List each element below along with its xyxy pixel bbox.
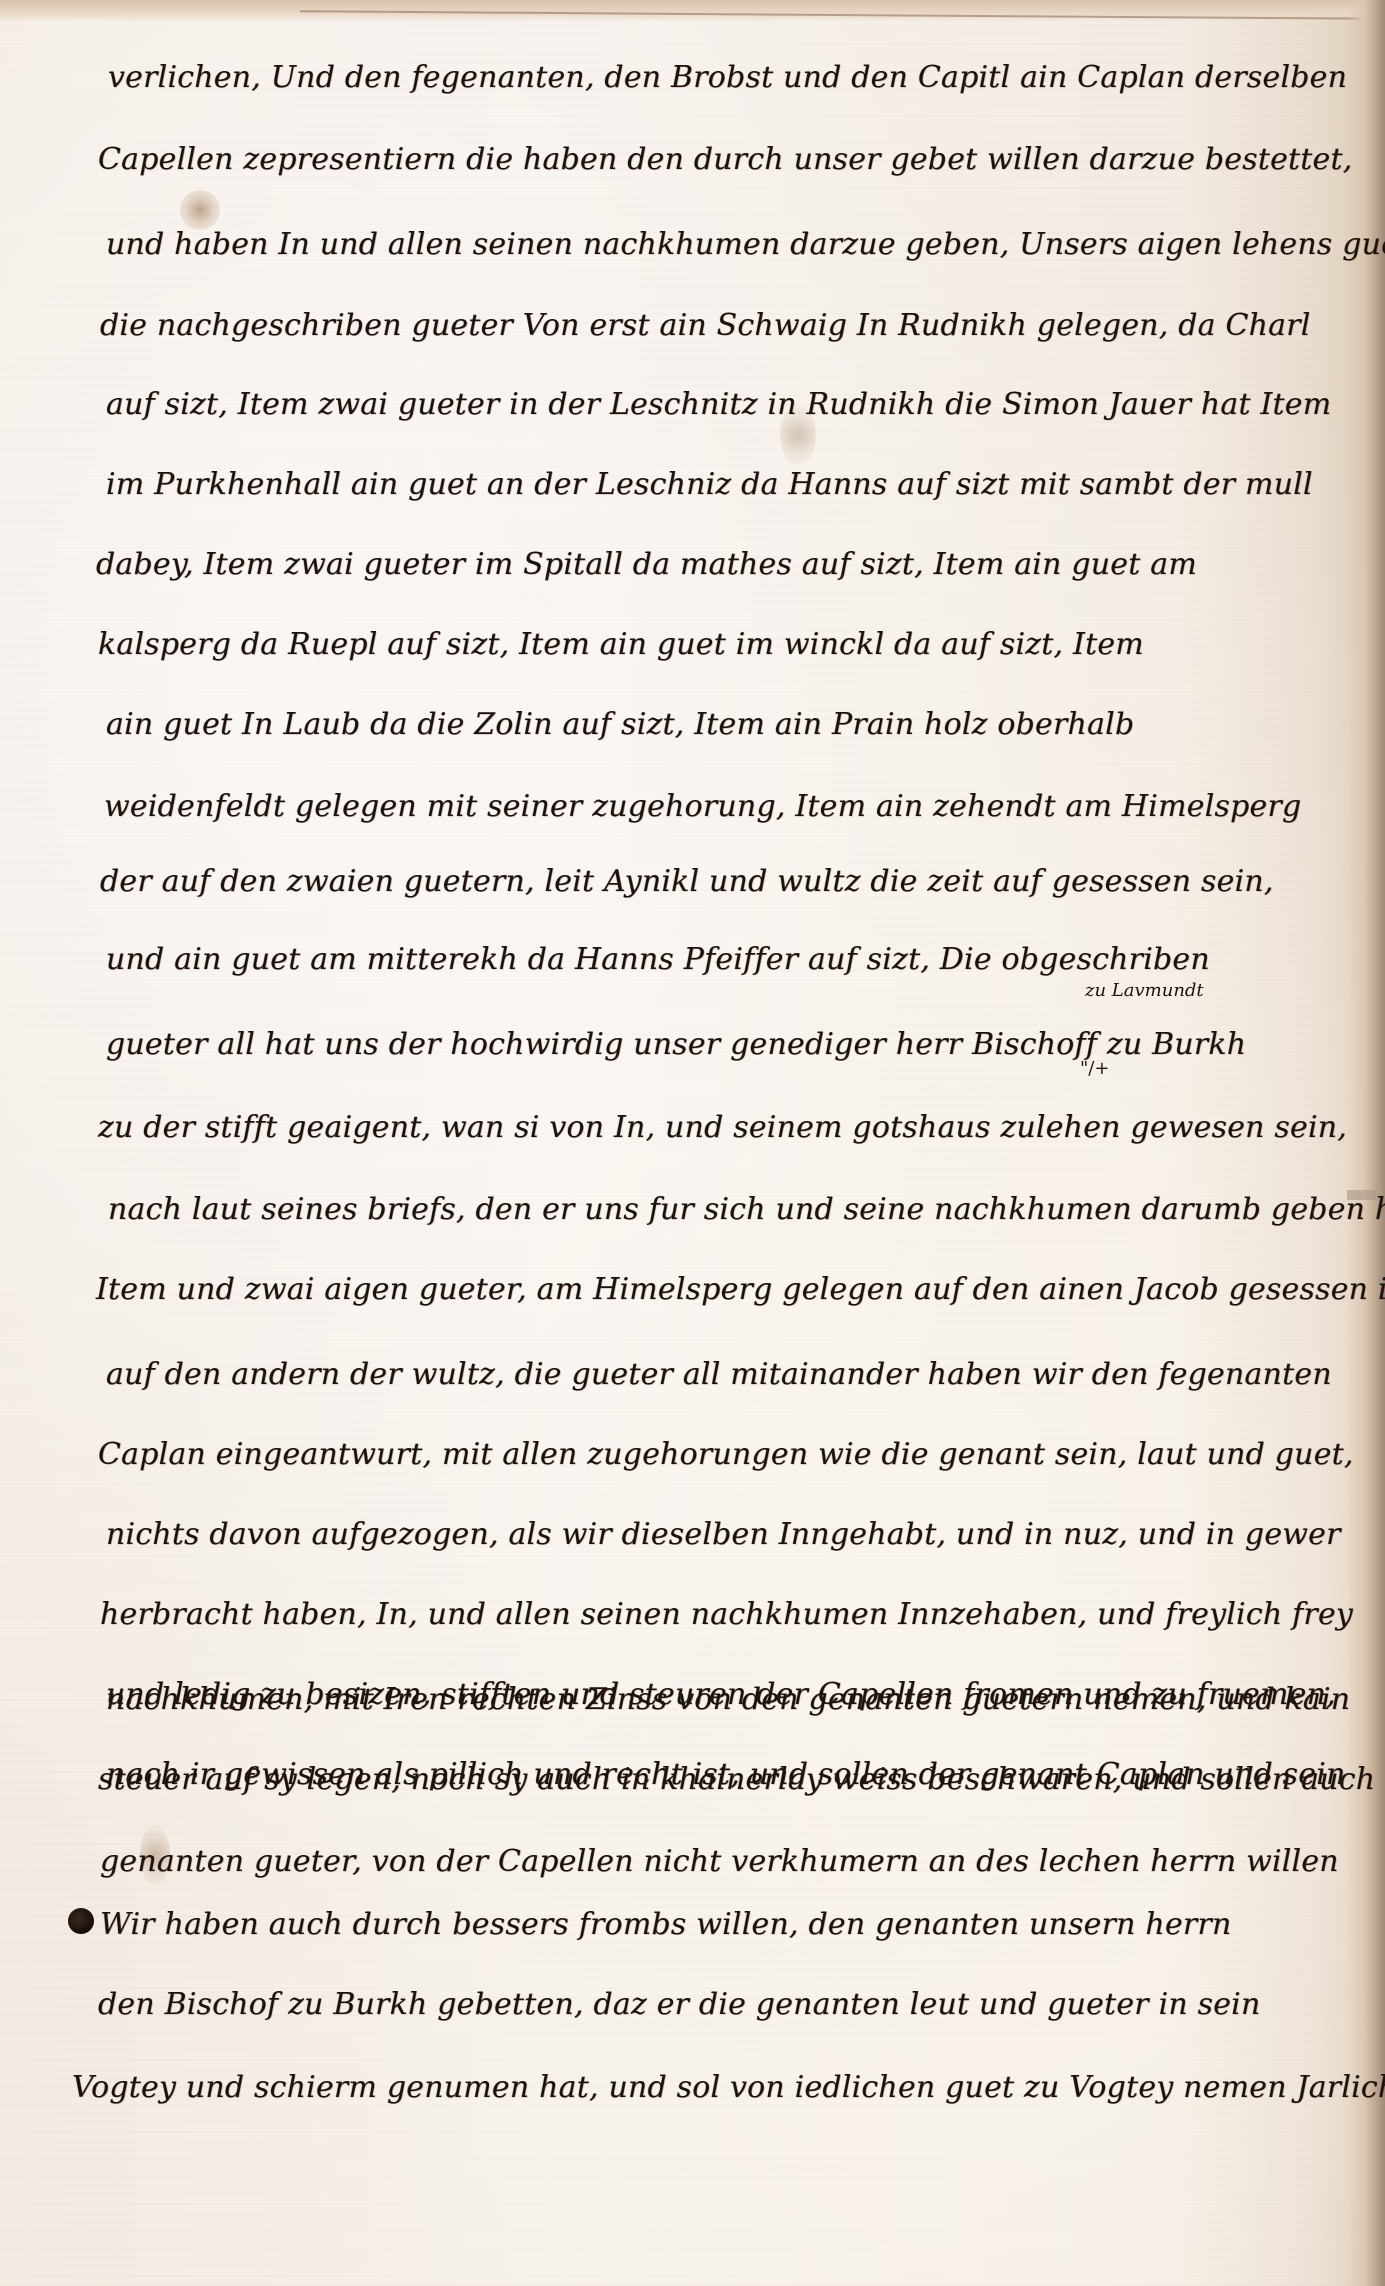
- manuscript-line: den Bischof zu Burkh gebetten, daz er di…: [98, 1985, 1261, 2025]
- manuscript-line: steuer auf sy legen, noch sy auch in kha…: [98, 1760, 1385, 1800]
- manuscript-line: genanten gueter, von der Capellen nicht …: [100, 1842, 1339, 1882]
- manuscript-line: Wir haben auch durch bessers frombs will…: [100, 1905, 1232, 1945]
- manuscript-text-tail: nachkhumen, mit Iren rechten Zinss von d…: [0, 0, 1385, 2286]
- manuscript-line: Vogtey und schierm genumen hat, und sol …: [72, 2068, 1385, 2108]
- manuscript-line: nachkhumen, mit Iren rechten Zinss von d…: [106, 1680, 1350, 1720]
